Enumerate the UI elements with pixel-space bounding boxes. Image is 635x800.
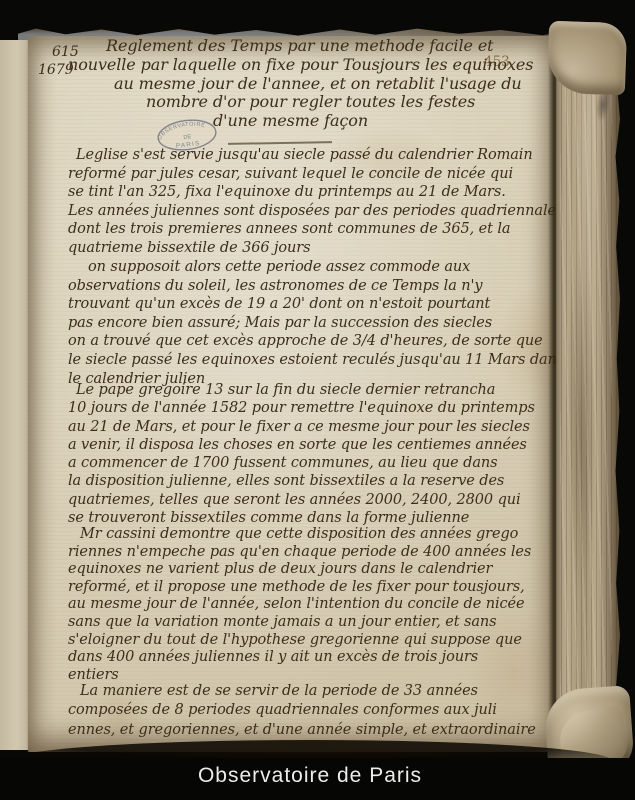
manuscript-line: se trouveront bissextiles comme dans la … <box>68 509 550 527</box>
paragraph-period-33-years: La maniere est de se servir de la period… <box>68 682 550 740</box>
manuscript-line: pas encore bien assuré; Mais par la succ… <box>68 314 550 333</box>
stamp-text-middle: DE <box>183 134 192 141</box>
manuscript-line: riennes n'empeche pas qu'en chaque perio… <box>68 544 550 562</box>
manuscript-line: on a trouvé que cet excès approche de 3/… <box>68 332 550 351</box>
manuscript-line: le siecle passé les equinoxes estoient r… <box>68 351 550 370</box>
manuscript-line: trouvant qu'un excès de 19 a 20' dont on… <box>68 295 550 314</box>
title-line: nouvelle par laquelle on fixe pour Tousj… <box>68 56 556 75</box>
manuscript-line: 10 jours de l'année 1582 pour remettre l… <box>68 399 550 417</box>
manuscript-line: la disposition julienne, elles sont biss… <box>68 472 550 490</box>
book-fore-edge-pages <box>556 22 620 770</box>
manuscript-line: on supposoit alors cette periode assez c… <box>68 258 550 277</box>
paragraph-calendar-julian: Leglise s'est servie jusqu'au siecle pas… <box>68 146 550 258</box>
manuscript-line: La maniere est de se servir de la period… <box>68 682 550 701</box>
manuscript-line: quatriemes, telles que seront les années… <box>68 491 550 509</box>
manuscript-line: dont les trois premieres annees sont com… <box>68 220 550 239</box>
manuscript-line: sans que la variation monte jamais a un … <box>68 614 550 632</box>
title-line: au mesme jour de l'annee, et on retablit… <box>114 75 556 94</box>
manuscript-line: au 21 de Mars, et pour le fixer a ce mes… <box>68 418 550 436</box>
manuscript-line: Mr cassini demontre que cette dispositio… <box>68 526 550 544</box>
title-line: Reglement des Temps par une methode faci… <box>106 37 556 56</box>
manuscript-title: Reglement des Temps par une methode faci… <box>28 37 556 131</box>
manuscript-line: dans 400 années juliennes il y ait un ex… <box>68 649 550 667</box>
manuscript-line: reformé, et il propose une methode de le… <box>68 579 550 597</box>
manuscript-line: quatrieme bissextile de 366 jours <box>68 239 550 258</box>
manuscript-line: a venir, il disposa les choses en sorte … <box>68 436 550 454</box>
manuscript-line: reformé par jules cesar, suivant lequel … <box>68 165 550 184</box>
manuscript-line: observations du soleil, les astronomes d… <box>68 277 550 296</box>
manuscript-line: s'eloigner du tout de l'hypothese gregor… <box>68 632 550 650</box>
stamp-text-top: OBSERVATOIRE <box>155 120 207 142</box>
manuscript-line: se tint l'an 325, fixa l'equinoxe du pri… <box>68 183 550 202</box>
manuscript-line: composées de 8 periodes quadriennales co… <box>68 701 550 720</box>
manuscript-line: au mesme jour de l'année, selon l'intent… <box>68 596 550 614</box>
archive-photograph: 615 1679 453 Reglement des Temps par une… <box>0 0 635 800</box>
photo-caption: Observatoire de Paris <box>0 764 620 788</box>
manuscript-line: Leglise s'est servie jusqu'au siecle pas… <box>68 146 550 165</box>
manuscript-page: 615 1679 453 Reglement des Temps par une… <box>28 36 556 752</box>
title-line: d'une mesme façon <box>213 112 556 131</box>
manuscript-line: a commencer de 1700 fussent communes, au… <box>68 454 550 472</box>
paragraph-gregory-reform: Le pape gregoire 13 sur la fin du siecle… <box>68 381 550 527</box>
manuscript-line: ennes, et gregoriennes, et d'une année s… <box>68 721 550 740</box>
manuscript-line: Les années juliennes sont disposées par … <box>68 202 550 221</box>
paragraph-cassini-method: Mr cassini demontre que cette dispositio… <box>68 526 550 684</box>
manuscript-line: equinoxes ne varient plus de deux jours … <box>68 561 550 579</box>
paragraph-equinox-excess: on supposoit alors cette periode assez c… <box>68 258 550 388</box>
title-underline-flourish <box>228 141 332 145</box>
manuscript-line: Le pape gregoire 13 sur la fin du siecle… <box>68 381 550 399</box>
